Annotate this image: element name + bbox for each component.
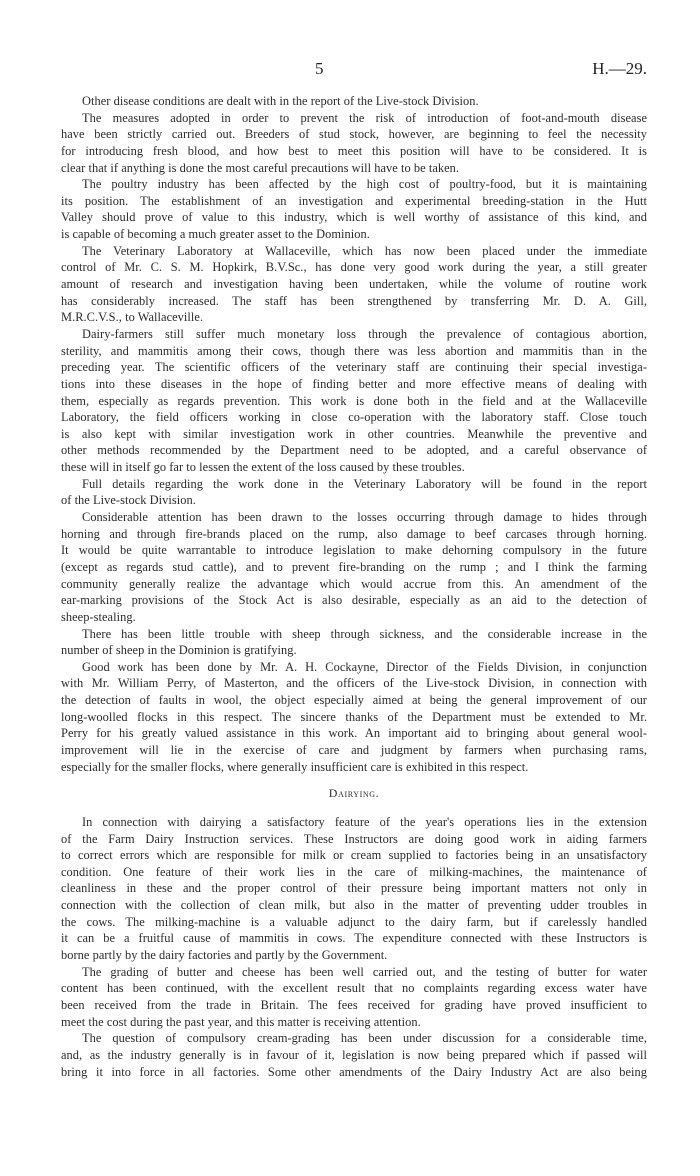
text-line: Laboratory, the field officers working i… [61, 409, 647, 426]
text-line: Other disease conditions are dealt with … [61, 93, 647, 110]
paragraphs-before-heading: Other disease conditions are dealt with … [61, 93, 647, 775]
text-line: Considerable attention has been drawn to… [61, 509, 647, 526]
text-line: other methods recommended by the Departm… [61, 442, 647, 459]
text-line: especially for the smaller flocks, where… [61, 759, 647, 776]
text-line: have been strictly carried out. Breeders… [61, 126, 647, 143]
text-line: The question of compulsory cream-grading… [61, 1030, 647, 1047]
text-line: bring it into force in all factories. So… [61, 1064, 647, 1081]
text-line: There has been little trouble with sheep… [61, 626, 647, 643]
text-line: condition. One feature of their work lie… [61, 864, 647, 881]
text-line: the cows. The milking-machine is a valua… [61, 914, 647, 931]
text-line: The measures adopted in order to prevent… [61, 110, 647, 127]
text-line: Perry for his greatly valued assistance … [61, 725, 647, 742]
text-line: of the Farm Dairy Instruction services. … [61, 831, 647, 848]
text-line: In connection with dairying a satisfacto… [61, 814, 647, 831]
text-line: borne partly by the dairy factories and … [61, 947, 647, 964]
section-heading-dairying: Dairying. [61, 785, 647, 802]
paragraph: Considerable attention has been drawn to… [61, 509, 647, 625]
document-reference: H.—29. [592, 59, 647, 79]
page-header: 5 H.—29. [61, 59, 647, 81]
text-line: tions into these diseases in the hope of… [61, 376, 647, 393]
text-line: (except as regards stud cattle), and to … [61, 559, 647, 576]
text-line: number of sheep in the Dominion is grati… [61, 642, 647, 659]
text-line: clear that if anything is done the most … [61, 160, 647, 177]
text-line: The poultry industry has been affected b… [61, 176, 647, 193]
text-line: preceding year. The scientific officers … [61, 359, 647, 376]
text-line: meet the cost during the past year, and … [61, 1014, 647, 1031]
text-line: long-woolled flocks in this respect. The… [61, 709, 647, 726]
paragraph: Other disease conditions are dealt with … [61, 93, 647, 110]
text-line: cleanliness in these and the proper cont… [61, 880, 647, 897]
text-line: Good work has been done by Mr. A. H. Coc… [61, 659, 647, 676]
text-line: The grading of butter and cheese has bee… [61, 964, 647, 981]
text-line: for introducing fresh blood, and how bes… [61, 143, 647, 160]
paragraph: The measures adopted in order to prevent… [61, 110, 647, 177]
text-line: The Veterinary Laboratory at Wallacevill… [61, 243, 647, 260]
text-line: M.R.C.V.S., to Wallaceville. [61, 309, 647, 326]
text-line: Full details regarding the work done in … [61, 476, 647, 493]
text-line: these will in itself go far to lessen th… [61, 459, 647, 476]
paragraph: In connection with dairying a satisfacto… [61, 814, 647, 964]
text-line: its position. The establishment of an in… [61, 193, 647, 210]
paragraph: Dairy-farmers still suffer much monetary… [61, 326, 647, 476]
text-line: amount of research and investigation hav… [61, 276, 647, 293]
text-line: been received from the trade in Britain.… [61, 997, 647, 1014]
paragraph: The poultry industry has been affected b… [61, 176, 647, 243]
text-line: of the Live-stock Division. [61, 492, 647, 509]
text-line: is capable of becoming a much greater as… [61, 226, 647, 243]
text-line: control of Mr. C. S. M. Hopkirk, B.V.Sc.… [61, 259, 647, 276]
text-line: it can be a fruitful cause of mammitis i… [61, 930, 647, 947]
text-line: and, as the industry generally is in fav… [61, 1047, 647, 1064]
paragraph: There has been little trouble with sheep… [61, 626, 647, 659]
text-line: has considerably increased. The staff ha… [61, 293, 647, 310]
paragraph: The grading of butter and cheese has bee… [61, 964, 647, 1031]
paragraph: Full details regarding the work done in … [61, 476, 647, 509]
text-line: the detection of faults in wool, the obj… [61, 692, 647, 709]
text-line: content has been continued, with the exc… [61, 980, 647, 997]
paragraphs-after-heading: In connection with dairying a satisfacto… [61, 814, 647, 1080]
text-line: is also kept with similar investigation … [61, 426, 647, 443]
text-line: ear-marking provisions of the Stock Act … [61, 592, 647, 609]
paragraph: The question of compulsory cream-grading… [61, 1030, 647, 1080]
page-number: 5 [315, 59, 324, 79]
text-line: sheep-stealing. [61, 609, 647, 626]
text-line: community generally realize the advantag… [61, 576, 647, 593]
text-line: It would be quite warrantable to introdu… [61, 542, 647, 559]
paragraph: Good work has been done by Mr. A. H. Coc… [61, 659, 647, 775]
text-line: horning and through fire-brands placed o… [61, 526, 647, 543]
text-line: Valley should prove of value to this ind… [61, 209, 647, 226]
text-line: to correct errors which are responsible … [61, 847, 647, 864]
text-line: with Mr. William Perry, of Masterton, an… [61, 675, 647, 692]
paragraph: The Veterinary Laboratory at Wallacevill… [61, 243, 647, 326]
text-line: sterility, and mammitis among their cows… [61, 343, 647, 360]
text-line: improvement will lie in the exercise of … [61, 742, 647, 759]
text-line: Dairy-farmers still suffer much monetary… [61, 326, 647, 343]
document-body: Other disease conditions are dealt with … [61, 93, 647, 1080]
text-line: connection with the collection of clean … [61, 897, 647, 914]
text-line: them, especially as regards prevention. … [61, 393, 647, 410]
